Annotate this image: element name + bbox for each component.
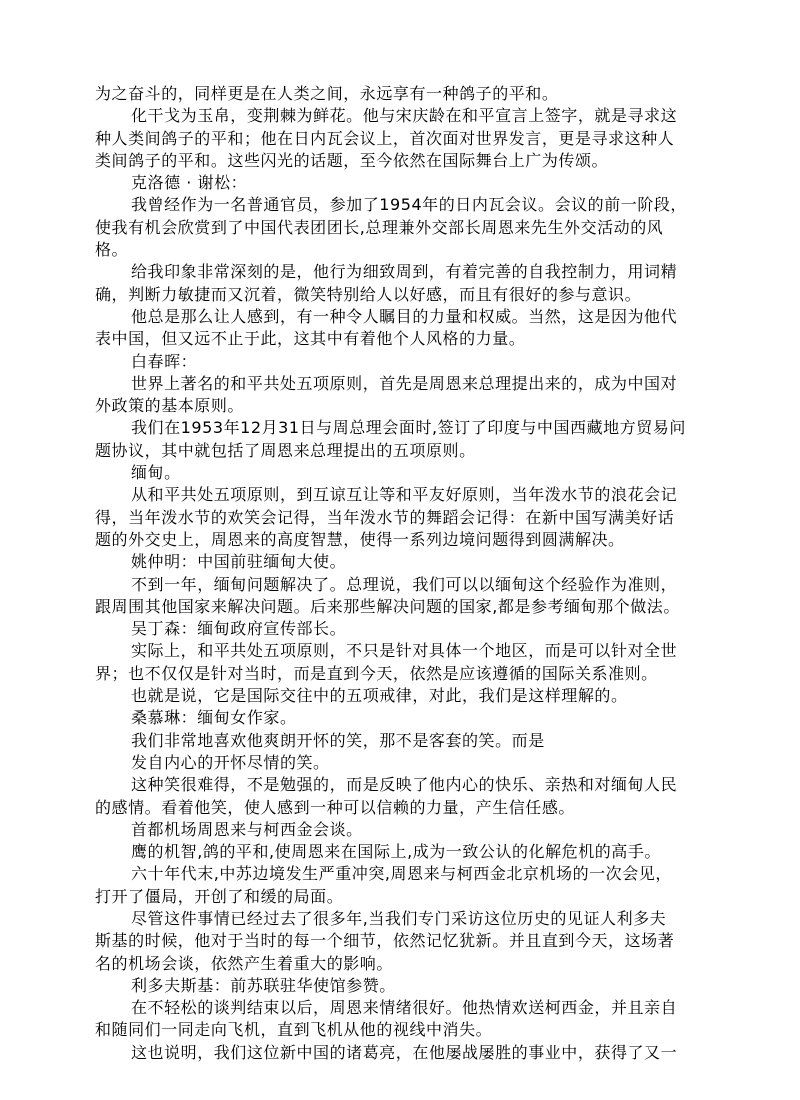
text-line: 他总是那么让人感到，有一种令人瞩目的力量和权威。当然，这是因为他代 <box>95 306 703 328</box>
text-line: 使我有机会欣赏到了中国代表团团长,总理兼外交部长周恩来先生外交活动的风 <box>95 217 703 239</box>
text-line: 世界上著名的和平共处五项原则，首先是周恩来总理提出来的，成为中国对 <box>95 373 703 395</box>
document-body: 为之奋斗的，同样更是在人类之间，永远享有一种鸽子的平和。化干戈为玉帛，变荆棘为鲜… <box>95 83 703 1064</box>
text-line: 这也说明，我们这位新中国的诸葛亮，在他屡战屡胜的事业中，获得了又一 <box>95 1042 703 1064</box>
text-line: 题协议，其中就包括了周恩来总理提出的五项原则。 <box>95 440 703 462</box>
text-line: 从和平共处五项原则，到互谅互让等和平友好原则，当年泼水节的浪花会记 <box>95 484 703 506</box>
text-line: 桑慕琳：缅甸女作家。 <box>95 707 703 729</box>
text-line: 尽管这件事情已经过去了很多年,当我们专门采访这位历史的见证人利多夫 <box>95 908 703 930</box>
text-line: 我曾经作为一名普通官员，参加了1954年的日内瓦会议。会议的前一阶段， <box>95 194 703 216</box>
text-line: 外政策的基本原则。 <box>95 395 703 417</box>
text-line: 发自内心的开怀尽情的笑。 <box>95 752 703 774</box>
text-line: 斯基的时候，他对于当时的每一个细节，依然记忆犹新。并且直到今天，这场著 <box>95 930 703 952</box>
text-line: 六十年代末,中苏边境发生严重冲突,周恩来与柯西金北京机场的一次会见， <box>95 863 703 885</box>
text-line: 克洛德 · 谢松： <box>95 172 703 194</box>
text-line: 首都机场周恩来与柯西金会谈。 <box>95 819 703 841</box>
text-line: 类间鸽子的平和。这些闪光的话题，至今依然在国际舞台上广为传颂。 <box>95 150 703 172</box>
text-line: 缅甸。 <box>95 462 703 484</box>
text-line: 实际上，和平共处五项原则，不只是针对具体一个地区，而是可以针对全世 <box>95 640 703 662</box>
text-line: 的感情。看着他笑，使人感到一种可以信赖的力量，产生信任感。 <box>95 797 703 819</box>
text-line: 也就是说，它是国际交往中的五项戒律，对此，我们是这样理解的。 <box>95 685 703 707</box>
text-line: 种人类间鸽子的平和；他在日内瓦会议上，首次面对世界发言，更是寻求这种人 <box>95 128 703 150</box>
text-line: 吴丁森：缅甸政府宣传部长。 <box>95 618 703 640</box>
text-line: 界；也不仅仅是针对当时，而是直到今天，依然是应该遵循的国际关系准则。 <box>95 663 703 685</box>
text-line: 我们非常地喜欢他爽朗开怀的笑，那不是客套的笑。而是 <box>95 730 703 752</box>
text-line: 跟周围其他国家来解决问题。后来那些解决问题的国家,都是参考缅甸那个做法。 <box>95 596 703 618</box>
text-line: 在不轻松的谈判结束以后，周恩来情绪很好。他热情欢送柯西金，并且亲自 <box>95 997 703 1019</box>
text-line: 格。 <box>95 239 703 261</box>
text-line: 我们在1953年12月31日与周总理会面时,签订了印度与中国西藏地方贸易问 <box>95 417 703 439</box>
text-line: 给我印象非常深刻的是，他行为细致周到，有着完善的自我控制力，用词精 <box>95 261 703 283</box>
text-line: 表中国，但又远不止于此，这其中有着他个人风格的力量。 <box>95 328 703 350</box>
text-line: 姚仲明：中国前驻缅甸大使。 <box>95 551 703 573</box>
text-line: 鹰的机智,鸽的平和,使周恩来在国际上,成为一致公认的化解危机的高手。 <box>95 841 703 863</box>
text-line: 确，判断力敏捷而又沉着，微笑特别给人以好感，而且有很好的参与意识。 <box>95 284 703 306</box>
text-line: 得，当年泼水节的欢笑会记得，当年泼水节的舞蹈会记得：在新中国写满美好话 <box>95 507 703 529</box>
text-line: 白春晖： <box>95 351 703 373</box>
text-line: 和随同们一同走向飞机，直到飞机从他的视线中消失。 <box>95 1019 703 1041</box>
text-line: 不到一年，缅甸问题解决了。总理说，我们可以以缅甸这个经验作为准则， <box>95 574 703 596</box>
text-line: 题的外交史上，周恩来的高度智慧，使得一系列边境问题得到圆满解决。 <box>95 529 703 551</box>
text-line: 化干戈为玉帛，变荆棘为鲜花。他与宋庆龄在和平宣言上签字，就是寻求这 <box>95 105 703 127</box>
document-page: 为之奋斗的，同样更是在人类之间，永远享有一种鸽子的平和。化干戈为玉帛，变荆棘为鲜… <box>0 0 800 1100</box>
text-line: 为之奋斗的，同样更是在人类之间，永远享有一种鸽子的平和。 <box>95 83 703 105</box>
text-line: 打开了僵局，开创了和缓的局面。 <box>95 886 703 908</box>
text-line: 名的机场会谈，依然产生着重大的影响。 <box>95 953 703 975</box>
text-line: 利多夫斯基：前苏联驻华使馆参赞。 <box>95 975 703 997</box>
text-line: 这种笑很难得，不是勉强的，而是反映了他内心的快乐、亲热和对缅甸人民 <box>95 774 703 796</box>
